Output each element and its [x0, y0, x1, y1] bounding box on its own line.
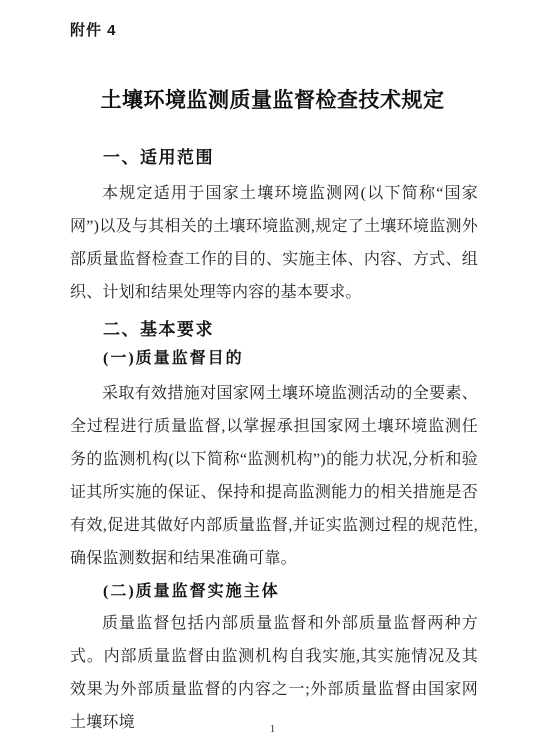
section-heading-basic-requirements: 二、基本要求 [103, 315, 214, 340]
document-page: 附件 4 土壤环境监测质量监督检查技术规定 一、适用范围 本规定适用于国家土壤环… [0, 0, 545, 751]
paragraph-scope-body: 本规定适用于国家土壤环境监测网(以下简称“国家网”)以及与其相关的土壤环境监测,… [70, 177, 478, 309]
subsection-heading-supervision-subject: (二)质量监督实施主体 [103, 578, 280, 601]
paragraph-supervision-subject-body: 质量监督包括内部质量监督和外部质量监督两种方式。内部质量监督由监测机构自我实施,… [70, 607, 478, 739]
document-title: 土壤环境监测质量监督检查技术规定 [0, 84, 545, 114]
paragraph-supervision-purpose-body: 采取有效措施对国家网土壤环境监测活动的全要素、全过程进行质量监督,以掌握承担国家… [70, 377, 478, 575]
attachment-label: 附件 4 [70, 19, 117, 40]
page-number: 1 [0, 723, 545, 735]
subsection-heading-supervision-purpose: (一)质量监督目的 [103, 345, 244, 368]
section-heading-scope: 一、适用范围 [103, 143, 214, 168]
